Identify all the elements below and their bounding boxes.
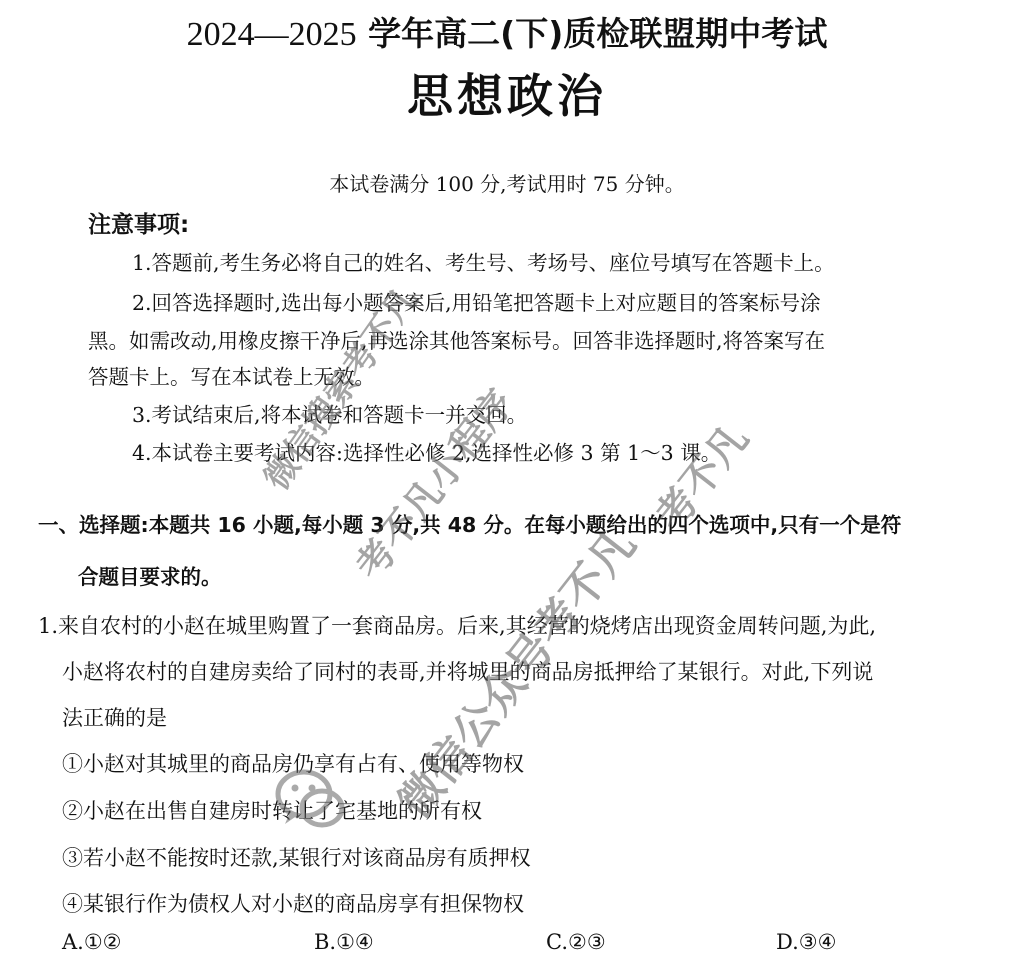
exam-title: 2024—2025 学年高二(下)质检联盟期中考试 (0, 8, 1014, 55)
notice-line: 黑。如需改动,用橡皮擦干净后,再选涂其他答案标号。回答非选择题时,将答案写在 (88, 324, 825, 354)
notice-line: 1.答题前,考生务必将自己的姓名、考生号、考场号、座位号填写在答题卡上。 (132, 246, 835, 276)
choice-d[interactable]: D.③④ (776, 930, 836, 954)
exam-year: 2024—2025 (187, 16, 357, 53)
choice-c[interactable]: C.②③ (546, 930, 606, 954)
section-heading: 一、选择题:本题共 16 小题,每小题 3 分,共 48 分。在每小题给出的四个… (38, 508, 901, 538)
wechat-icon (270, 760, 350, 840)
statement: ④某银行作为债权人对小赵的商品房享有担保物权 (62, 888, 524, 918)
question-stem: 1.来自农村的小赵在城里购置了一套商品房。后来,其经营的烧烤店出现资金周转问题,… (38, 610, 876, 640)
section-heading-cont: 合题目要求的。 (78, 560, 222, 590)
notice-line: 答题卡上。写在本试卷上无效。 (88, 360, 375, 390)
exam-title-text: 学年高二(下)质检联盟期中考试 (368, 14, 827, 53)
notice-line: 3.考试结束后,将本试卷和答题卡一并交回。 (132, 398, 527, 428)
exam-info: 本试卷满分 100 分,考试用时 75 分钟。 (0, 168, 1014, 197)
subject-title: 思想政治 (0, 60, 1014, 126)
notice-line: 4.本试卷主要考试内容:选择性必修 2,选择性必修 3 第 1～3 课。 (132, 436, 721, 466)
notice-line: 2.回答选择题时,选出每小题答案后,用铅笔把答题卡上对应题目的答案标号涂 (132, 286, 821, 316)
exam-page: 2024—2025 学年高二(下)质检联盟期中考试 思想政治 本试卷满分 100… (0, 0, 1014, 964)
choice-a[interactable]: A.①② (62, 930, 122, 954)
question-stem: 法正确的是 (62, 702, 167, 732)
notice-heading: 注意事项: (88, 206, 189, 239)
choice-b[interactable]: B.①④ (314, 930, 374, 954)
question-stem: 小赵将农村的自建房卖给了同村的表哥,并将城里的商品房抵押给了某银行。对此,下列说 (62, 656, 873, 686)
statement: ③若小赵不能按时还款,某银行对该商品房有质押权 (62, 842, 531, 872)
